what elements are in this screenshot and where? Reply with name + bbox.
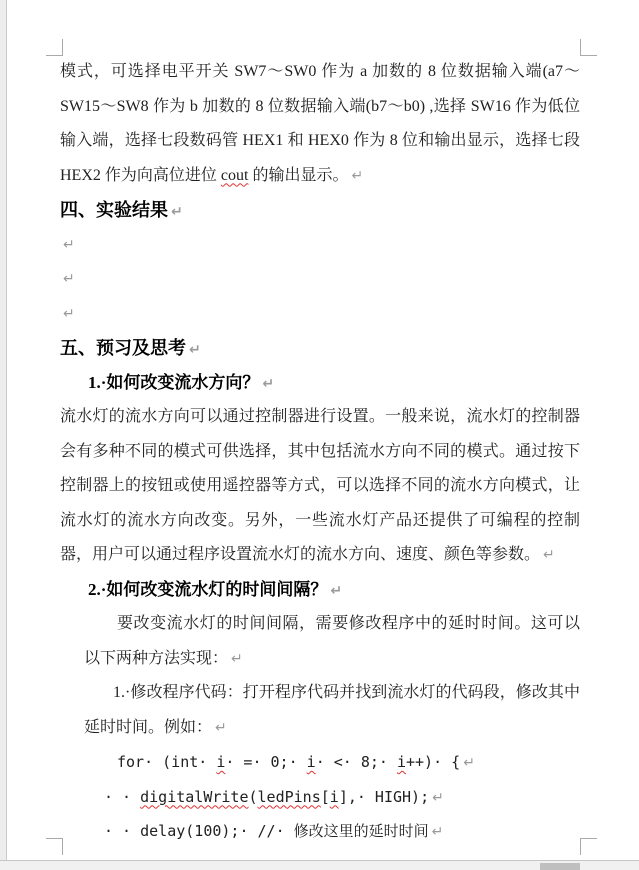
text-line: 1.·修改程序代码：打开程序代码并找到流水灯的代码段，修改其中的 xyxy=(60,676,580,711)
text-run: 2.·如何改变流水灯的时间间隔？ xyxy=(88,580,327,599)
text-boundary-mark-bottom-right xyxy=(580,838,597,855)
text-line: SW15～SW8 作为 b 加数的 8 位数据输入端(b7～b0) ,选择 SW… xyxy=(60,90,580,125)
paragraph-mark: ↵ xyxy=(212,720,227,736)
document-page-text-area[interactable]: 模式，可选择电平开关 SW7～SW0 作为 a 加数的 8 位数据输入端(a7～… xyxy=(60,55,580,849)
text-run: 1.·如何改变流水方向？ xyxy=(88,373,259,392)
text-run: ],· HIGH); xyxy=(339,788,429,806)
text-line: 模式，可选择电平开关 SW7～SW0 作为 a 加数的 8 位数据输入端(a7～… xyxy=(60,55,580,90)
text-line: 会有多种不同的模式可供选择，其中包括流水方向不同的模式。通过按下 xyxy=(60,435,580,470)
code-line: · · digitalWrite(ledPins[i],· HIGH);↵ xyxy=(60,780,580,815)
text-run: 会有多种不同的模式可供选择，其中包括流水方向不同的模式。通过按下 xyxy=(60,443,580,460)
text-boundary-mark-top-left xyxy=(46,39,63,56)
misspelled-word: i xyxy=(330,788,339,806)
subheading-line: 1.·如何改变流水方向？↵ xyxy=(60,366,580,401)
text-run: 模式，可选择电平开关 SW7～SW0 作为 a 加数的 8 位数据输入端(a7～… xyxy=(60,63,580,90)
text-run: 输入端，选择七段数码管 HEX1 和 HEX0 作为 8 位和输出显示，选择七段… xyxy=(60,132,580,159)
text-line: 输入端，选择七段数码管 HEX1 和 HEX0 作为 8 位和输出显示，选择七段… xyxy=(60,124,580,159)
text-run: 控制器上的按钮或使用遥控器等方式，可以选择不同的流水方向模式，让 xyxy=(60,477,580,494)
text-run: 流水灯的流水方向可以通过控制器进行设置。一般来说，流水灯的控制器 xyxy=(60,408,580,425)
empty-paragraph-line: ↵ xyxy=(60,262,580,297)
text-run: 以下两种方法实现： xyxy=(84,650,228,667)
text-run: for· (int· xyxy=(117,753,216,771)
paragraph-mark: ↵ xyxy=(327,583,342,599)
paragraph-mark: ↵ xyxy=(259,376,274,392)
empty-paragraph-line: ↵ xyxy=(60,228,580,263)
text-run: · =· 0;· xyxy=(225,753,306,771)
misspelled-word: cout xyxy=(221,167,249,184)
text-line: 要改变流水灯的时间间隔，需要修改程序中的延时时间。这可以通过 xyxy=(60,607,580,642)
text-line: 流水灯的流水方向改变。另外，一些流水灯产品还提供了可编程的控制 xyxy=(60,504,580,539)
misspelled-word: i xyxy=(307,753,316,771)
code-line: · · delay(100);· //· 修改这里的延时时间↵ xyxy=(60,814,580,849)
text-run: 五、预习及思考 xyxy=(60,338,186,358)
paragraph-mark: ↵ xyxy=(429,790,444,806)
text-run: · · delay(100);· //· 修改这里的延时时间 xyxy=(104,822,429,840)
subheading-line: 2.·如何改变流水灯的时间间隔？↵ xyxy=(60,573,580,608)
paragraph-mark: ↵ xyxy=(186,342,201,358)
paragraph-mark: ↵ xyxy=(60,271,75,287)
misspelled-word: i xyxy=(397,753,406,771)
misspelled-word: digitalWrite xyxy=(140,788,248,806)
text-run: · · xyxy=(104,788,140,806)
text-run: 延时时间。例如： xyxy=(84,719,212,736)
paragraph-mark: ↵ xyxy=(429,824,444,840)
heading-line: 五、预习及思考↵ xyxy=(60,331,580,366)
paragraph-mark: ↵ xyxy=(460,755,475,771)
text-line: HEX2 作为向高位进位 cout 的输出显示。↵ xyxy=(60,159,580,194)
text-run: 1.·修改程序代码：打开程序代码并找到流水灯的代码段，修改其中的 xyxy=(113,684,580,711)
paragraph-mark: ↵ xyxy=(168,204,183,220)
paragraph-mark: ↵ xyxy=(60,306,75,322)
text-run: [ xyxy=(321,788,330,806)
horizontal-scrollbar-thumb[interactable] xyxy=(540,863,580,870)
paragraph-mark: ↵ xyxy=(348,168,363,184)
text-line: 器，用户可以通过程序设置流水灯的流水方向、速度、颜色等参数。↵ xyxy=(60,538,580,573)
code-line: for· (int· i· =· 0;· i· <· 8;· i++)· {↵ xyxy=(60,745,580,780)
text-run: · <· 8;· xyxy=(316,753,397,771)
word-document-window: { "colors":{ "text":"#212121", "heading_… xyxy=(0,0,639,870)
paragraph-mark: ↵ xyxy=(540,547,555,563)
heading-line: 四、实验结果↵ xyxy=(60,193,580,228)
text-line: 流水灯的流水方向可以通过控制器进行设置。一般来说，流水灯的控制器 xyxy=(60,400,580,435)
text-boundary-mark-top-right xyxy=(580,39,597,56)
text-run: ( xyxy=(249,788,258,806)
app-background-left-edge xyxy=(0,0,7,870)
text-run: 四、实验结果 xyxy=(60,200,168,220)
misspelled-word: ledPins xyxy=(258,788,321,806)
text-line: 以下两种方法实现：↵ xyxy=(60,642,580,677)
empty-paragraph-line: ↵ xyxy=(60,297,580,332)
text-line: 延时时间。例如：↵ xyxy=(60,711,580,746)
text-run: SW15～SW8 作为 b 加数的 8 位数据输入端(b7～b0) ,选择 SW… xyxy=(60,98,580,125)
text-run: 器，用户可以通过程序设置流水灯的流水方向、速度、颜色等参数。 xyxy=(60,546,540,563)
text-line: 控制器上的按钮或使用遥控器等方式，可以选择不同的流水方向模式，让 xyxy=(60,469,580,504)
text-run: HEX2 作为向高位进位 xyxy=(60,167,221,184)
paragraph-mark: ↵ xyxy=(228,651,243,667)
text-run: 要改变流水灯的时间间隔，需要修改程序中的延时时间。这可以通过 xyxy=(117,615,580,642)
text-run: 的输出显示。 xyxy=(248,167,348,184)
text-run: ++)· { xyxy=(406,753,460,771)
text-run: 流水灯的流水方向改变。另外，一些流水灯产品还提供了可编程的控制 xyxy=(60,512,580,529)
paragraph-mark: ↵ xyxy=(60,237,75,253)
